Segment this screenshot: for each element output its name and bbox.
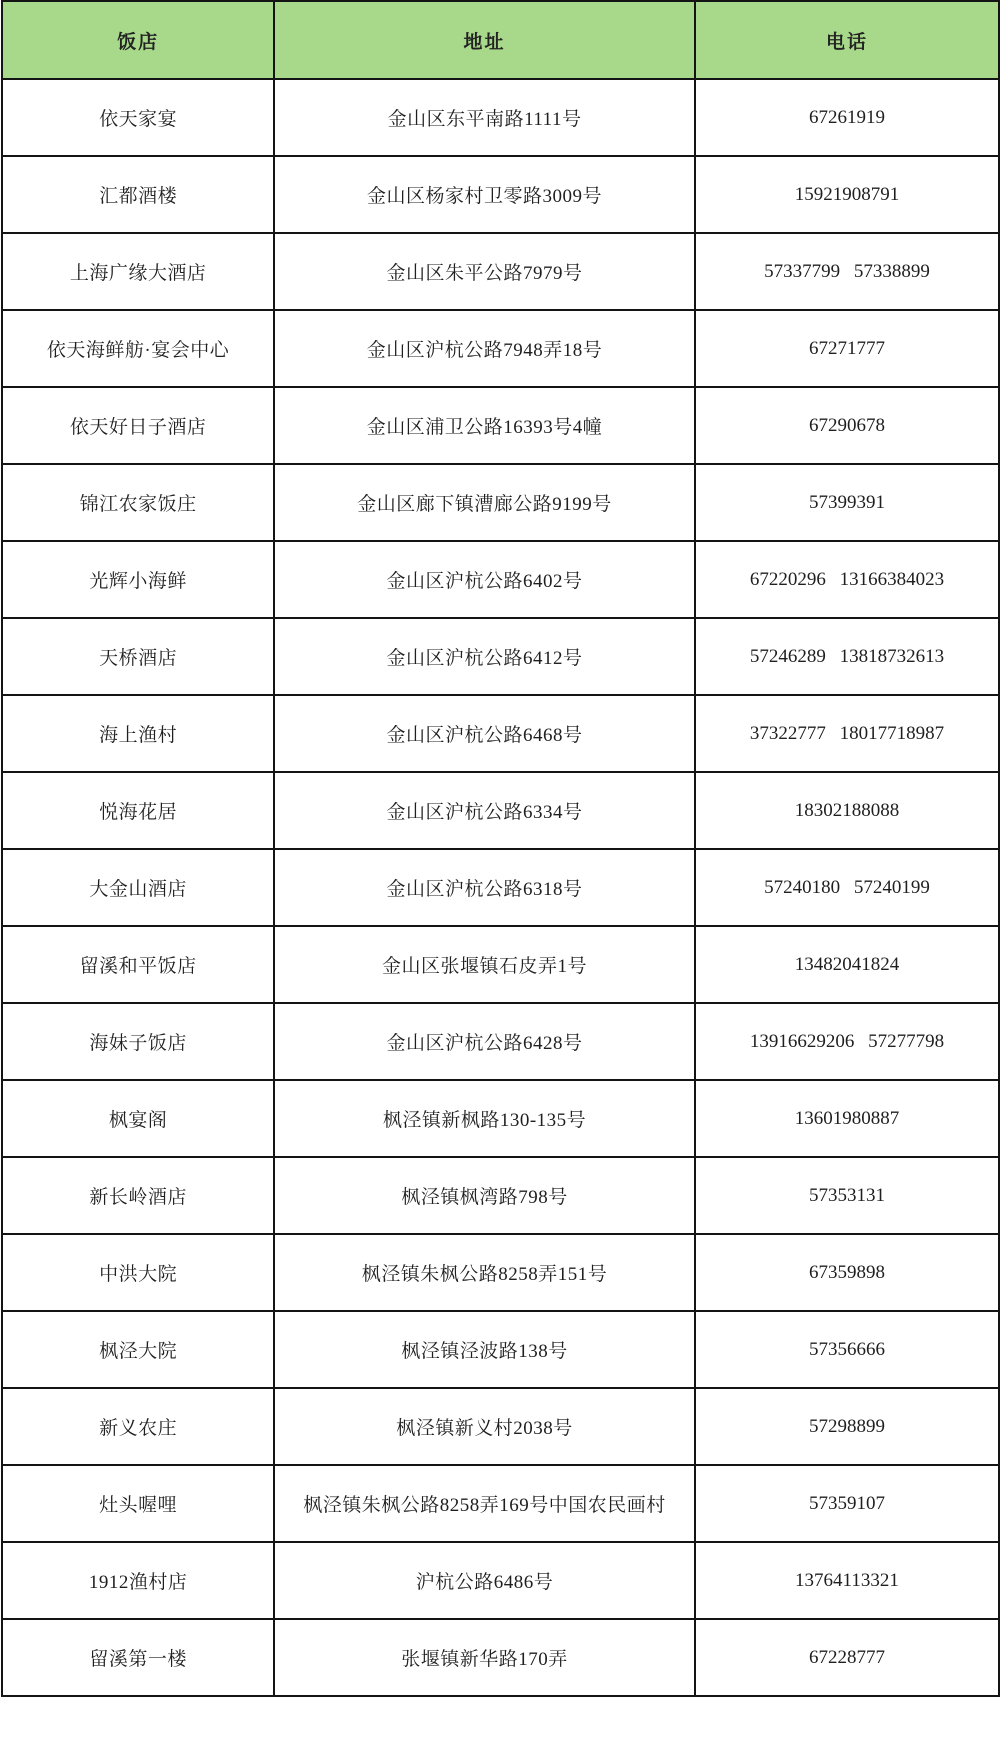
restaurant-name-cell: 新长岭酒店 <box>2 1157 274 1234</box>
table-row: 中洪大院 枫泾镇朱枫公路8258弄151号 67359898 <box>2 1234 999 1311</box>
restaurant-name-cell: 中洪大院 <box>2 1234 274 1311</box>
phone-cell: 13482041824 <box>695 926 999 1003</box>
phone-cell: 67271777 <box>695 310 999 387</box>
restaurant-name-cell: 新义农庄 <box>2 1388 274 1465</box>
restaurant-name-cell: 枫宴阁 <box>2 1080 274 1157</box>
restaurant-table: 饭店 地址 电话 依天家宴 金山区东平南路1111号 67261919 汇都酒楼… <box>1 0 1000 1697</box>
phone-cell: 67290678 <box>695 387 999 464</box>
phone-cell: 13764113321 <box>695 1542 999 1619</box>
header-restaurant: 饭店 <box>2 1 274 79</box>
restaurant-name-cell: 汇都酒楼 <box>2 156 274 233</box>
phone-cell: 67261919 <box>695 79 999 156</box>
address-cell: 金山区沪杭公路6428号 <box>274 1003 695 1080</box>
phone-cell: 37322777 18017718987 <box>695 695 999 772</box>
table-row: 海上渔村 金山区沪杭公路6468号 37322777 18017718987 <box>2 695 999 772</box>
phone-cell: 18302188088 <box>695 772 999 849</box>
restaurant-name-cell: 光辉小海鲜 <box>2 541 274 618</box>
address-cell: 枫泾镇枫湾路798号 <box>274 1157 695 1234</box>
table-row: 枫宴阁 枫泾镇新枫路130-135号 13601980887 <box>2 1080 999 1157</box>
address-cell: 枫泾镇朱枫公路8258弄169号中国农民画村 <box>274 1465 695 1542</box>
address-cell: 枫泾镇朱枫公路8258弄151号 <box>274 1234 695 1311</box>
header-address: 地址 <box>274 1 695 79</box>
address-cell: 金山区东平南路1111号 <box>274 79 695 156</box>
address-cell: 枫泾镇新义村2038号 <box>274 1388 695 1465</box>
address-cell: 枫泾镇新枫路130-135号 <box>274 1080 695 1157</box>
address-cell: 金山区廊下镇漕廊公路9199号 <box>274 464 695 541</box>
table-row: 依天家宴 金山区东平南路1111号 67261919 <box>2 79 999 156</box>
table-body: 依天家宴 金山区东平南路1111号 67261919 汇都酒楼 金山区杨家村卫零… <box>2 79 999 1696</box>
table-row: 锦江农家饭庄 金山区廊下镇漕廊公路9199号 57399391 <box>2 464 999 541</box>
phone-cell: 57353131 <box>695 1157 999 1234</box>
address-cell: 金山区沪杭公路6468号 <box>274 695 695 772</box>
table-header: 饭店 地址 电话 <box>2 1 999 79</box>
restaurant-name-cell: 枫泾大院 <box>2 1311 274 1388</box>
table-row: 海妹子饭店 金山区沪杭公路6428号 13916629206 57277798 <box>2 1003 999 1080</box>
restaurant-name-cell: 悦海花居 <box>2 772 274 849</box>
header-row: 饭店 地址 电话 <box>2 1 999 79</box>
table-row: 悦海花居 金山区沪杭公路6334号 18302188088 <box>2 772 999 849</box>
restaurant-name-cell: 锦江农家饭庄 <box>2 464 274 541</box>
table-row: 光辉小海鲜 金山区沪杭公路6402号 67220296 13166384023 <box>2 541 999 618</box>
restaurant-name-cell: 留溪和平饭店 <box>2 926 274 1003</box>
table-row: 新长岭酒店 枫泾镇枫湾路798号 57353131 <box>2 1157 999 1234</box>
phone-cell: 57246289 13818732613 <box>695 618 999 695</box>
phone-cell: 57399391 <box>695 464 999 541</box>
restaurant-name-cell: 留溪第一楼 <box>2 1619 274 1696</box>
table-row: 枫泾大院 枫泾镇泾波路138号 57356666 <box>2 1311 999 1388</box>
restaurant-name-cell: 灶头喔哩 <box>2 1465 274 1542</box>
phone-cell: 67359898 <box>695 1234 999 1311</box>
table-row: 大金山酒店 金山区沪杭公路6318号 57240180 57240199 <box>2 849 999 926</box>
address-cell: 金山区杨家村卫零路3009号 <box>274 156 695 233</box>
phone-cell: 57240180 57240199 <box>695 849 999 926</box>
address-cell: 金山区沪杭公路6334号 <box>274 772 695 849</box>
address-cell: 金山区张堰镇石皮弄1号 <box>274 926 695 1003</box>
address-cell: 枫泾镇泾波路138号 <box>274 1311 695 1388</box>
restaurant-name-cell: 依天好日子酒店 <box>2 387 274 464</box>
phone-cell: 15921908791 <box>695 156 999 233</box>
table-row: 依天海鲜舫·宴会中心 金山区沪杭公路7948弄18号 67271777 <box>2 310 999 387</box>
phone-cell: 13916629206 57277798 <box>695 1003 999 1080</box>
restaurant-name-cell: 海上渔村 <box>2 695 274 772</box>
address-cell: 金山区沪杭公路7948弄18号 <box>274 310 695 387</box>
phone-cell: 13601980887 <box>695 1080 999 1157</box>
restaurant-name-cell: 依天家宴 <box>2 79 274 156</box>
phone-cell: 57337799 57338899 <box>695 233 999 310</box>
address-cell: 金山区沪杭公路6402号 <box>274 541 695 618</box>
restaurant-name-cell: 1912渔村店 <box>2 1542 274 1619</box>
header-phone: 电话 <box>695 1 999 79</box>
table-row: 天桥酒店 金山区沪杭公路6412号 57246289 13818732613 <box>2 618 999 695</box>
table-row: 上海广缘大酒店 金山区朱平公路7979号 57337799 57338899 <box>2 233 999 310</box>
address-cell: 金山区浦卫公路16393号4幢 <box>274 387 695 464</box>
restaurant-name-cell: 上海广缘大酒店 <box>2 233 274 310</box>
address-cell: 金山区朱平公路7979号 <box>274 233 695 310</box>
restaurant-name-cell: 天桥酒店 <box>2 618 274 695</box>
phone-cell: 57359107 <box>695 1465 999 1542</box>
address-cell: 金山区沪杭公路6318号 <box>274 849 695 926</box>
restaurant-name-cell: 依天海鲜舫·宴会中心 <box>2 310 274 387</box>
table-row: 新义农庄 枫泾镇新义村2038号 57298899 <box>2 1388 999 1465</box>
phone-cell: 67228777 <box>695 1619 999 1696</box>
phone-cell: 57298899 <box>695 1388 999 1465</box>
table-row: 留溪和平饭店 金山区张堰镇石皮弄1号 13482041824 <box>2 926 999 1003</box>
address-cell: 金山区沪杭公路6412号 <box>274 618 695 695</box>
address-cell: 沪杭公路6486号 <box>274 1542 695 1619</box>
restaurant-name-cell: 海妹子饭店 <box>2 1003 274 1080</box>
table-row: 留溪第一楼 张堰镇新华路170弄 67228777 <box>2 1619 999 1696</box>
table-row: 汇都酒楼 金山区杨家村卫零路3009号 15921908791 <box>2 156 999 233</box>
table-row: 依天好日子酒店 金山区浦卫公路16393号4幢 67290678 <box>2 387 999 464</box>
table-row: 1912渔村店 沪杭公路6486号 13764113321 <box>2 1542 999 1619</box>
address-cell: 张堰镇新华路170弄 <box>274 1619 695 1696</box>
table-row: 灶头喔哩 枫泾镇朱枫公路8258弄169号中国农民画村 57359107 <box>2 1465 999 1542</box>
phone-cell: 57356666 <box>695 1311 999 1388</box>
restaurant-name-cell: 大金山酒店 <box>2 849 274 926</box>
phone-cell: 67220296 13166384023 <box>695 541 999 618</box>
